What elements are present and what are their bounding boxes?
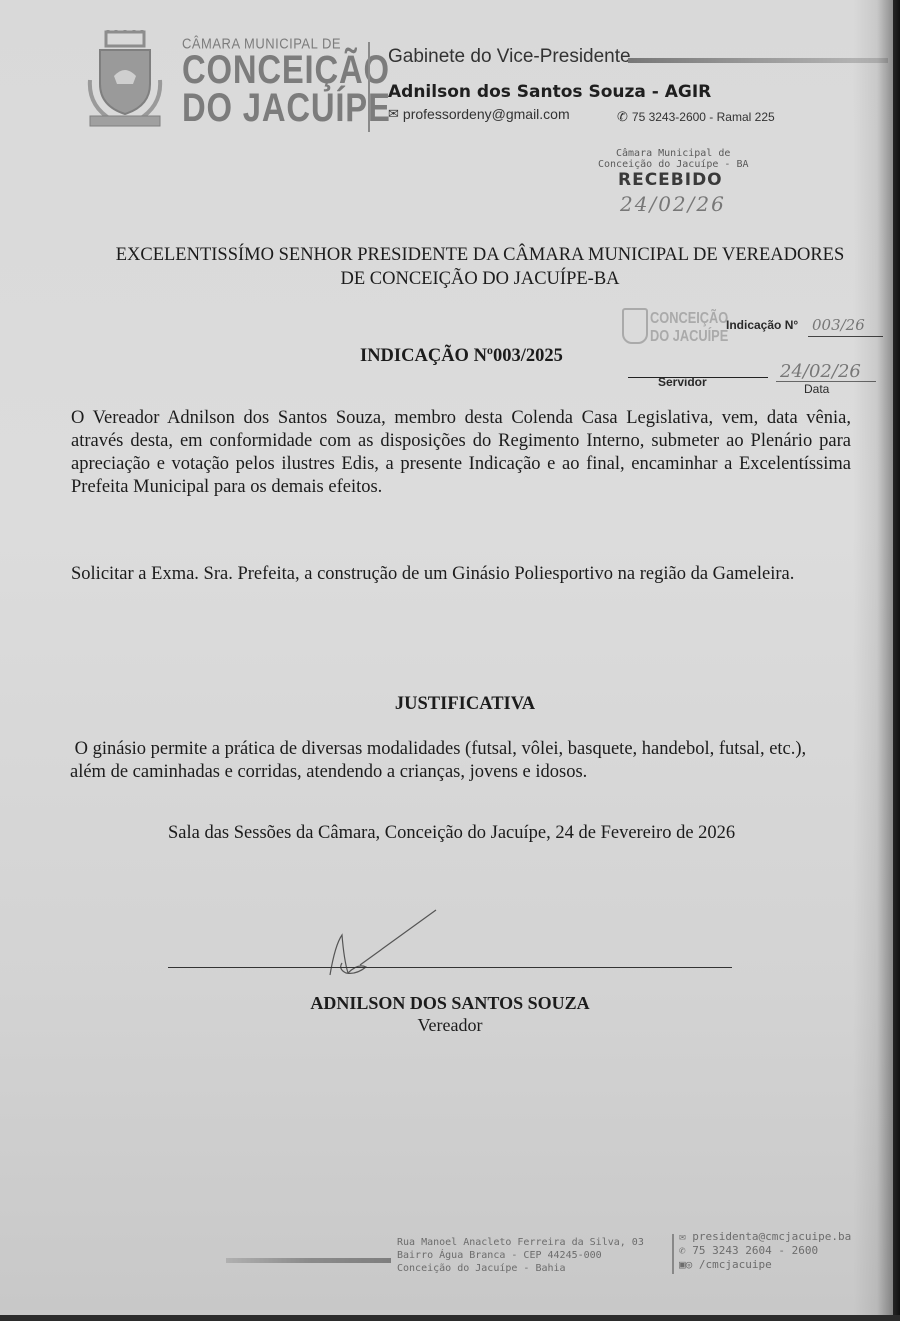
addressee-line-1: EXCELENTISSÍMO SENHOR PRESIDENTE DA CÂMA… [60, 243, 900, 267]
phone-text: 75 3243-2600 - Ramal 225 [632, 110, 775, 124]
indication-number-handwritten: 003/26 [812, 316, 865, 334]
phone-icon: ✆ [617, 109, 628, 125]
footer-phone: 75 3243 2604 - 2600 [692, 1244, 818, 1257]
indication-number-rule [808, 336, 883, 337]
councilor-name-header: Adnilson dos Santos Souza - AGIR [388, 82, 711, 102]
justification-line-1: O ginásio permite a prática de diversas … [70, 738, 860, 761]
data-label: Data [804, 382, 829, 396]
mini-crest-icon [622, 308, 648, 344]
indication-number-label: Indicação N° [726, 318, 798, 332]
addressee: EXCELENTISSÍMO SENHOR PRESIDENTE DA CÂMA… [60, 243, 900, 291]
servidor-label: Servidor [658, 375, 707, 389]
data-handwritten: 24/02/26 [780, 361, 861, 382]
office-title: Gabinete do Vice-Presidente [388, 46, 631, 68]
email-contact: ✉ professordeny@gmail.com [388, 106, 570, 122]
footer-rule [226, 1258, 391, 1263]
envelope-icon: ✉ [388, 106, 399, 122]
justification-heading: JUSTIFICATIVA [0, 694, 900, 715]
page-bottom-edge [0, 1315, 900, 1321]
signature-scribble-icon [300, 905, 450, 985]
phone-contact: ✆ 75 3243-2600 - Ramal 225 [617, 109, 775, 125]
request-paragraph: Solicitar a Exma. Sra. Prefeita, a const… [71, 563, 851, 586]
document-title: INDICAÇÃO Nº003/2025 [360, 346, 563, 367]
footer-address: Rua Manoel Anacleto Ferreira da Silva, 0… [397, 1236, 644, 1275]
received-stamp: Câmara Municipal de Conceição do Jacuípe… [598, 148, 749, 190]
envelope-icon: ✉ [679, 1230, 692, 1243]
footer-social: /cmcjacuipe [699, 1258, 772, 1271]
mini-logo-line-1: CONCEIÇÃO [650, 310, 728, 328]
signature-line [168, 967, 732, 968]
indication-stamp: CONCEIÇÃO DO JACUÍPE Indicação N° 003/26… [598, 305, 888, 400]
footer-divider [672, 1234, 674, 1274]
addressee-line-2: DE CONCEIÇÃO DO JACUÍPE-BA [60, 267, 900, 291]
intro-paragraph: O Vereador Adnilson dos Santos Souza, me… [71, 407, 851, 499]
office-title-rule [628, 58, 888, 63]
email-text: professordeny@gmail.com [403, 106, 570, 122]
mini-logo-line-2: DO JACUÍPE [650, 328, 728, 346]
footer-contacts: ✉ presidenta@cmcjacuipe.ba ✆ 75 3243 260… [679, 1230, 851, 1272]
footer-address-line-2: Bairro Água Branca - CEP 44245-000 [397, 1249, 644, 1262]
logo-line-2: DO JACUÍPE [182, 89, 391, 127]
place-and-date: Sala das Sessões da Câmara, Conceição do… [168, 823, 735, 844]
footer-address-line-3: Conceição do Jacuípe - Bahia [397, 1262, 644, 1275]
stamp-line-1: Câmara Municipal de [616, 148, 749, 159]
social-icon: ▣◎ [679, 1258, 699, 1271]
signer-name: ADNILSON DOS SANTOS SOUZA [0, 993, 900, 1014]
mini-logo: CONCEIÇÃO DO JACUÍPE [650, 310, 728, 346]
stamp-line-2: Conceição do Jacuípe - BA [598, 159, 749, 170]
signer-role: Vereador [0, 1015, 900, 1036]
justification-paragraph: O ginásio permite a prática de diversas … [70, 738, 860, 784]
phone-icon: ✆ [679, 1244, 692, 1257]
municipal-crest-icon [84, 30, 166, 130]
stamp-status: RECEBIDO [618, 170, 749, 190]
justification-line-2: além de caminhadas e corridas, atendendo… [70, 761, 860, 784]
footer-email: presidenta@cmcjacuipe.ba [692, 1230, 851, 1243]
document-page: CÂMARA MUNICIPAL DE CONCEIÇÃO DO JACUÍPE… [0, 0, 893, 1315]
logo-line-1: CONCEIÇÃO [182, 51, 391, 89]
stamp-handwritten-date: 24/02/26 [620, 192, 726, 216]
header-divider [368, 42, 370, 132]
footer-address-line-1: Rua Manoel Anacleto Ferreira da Silva, 0… [397, 1236, 644, 1249]
